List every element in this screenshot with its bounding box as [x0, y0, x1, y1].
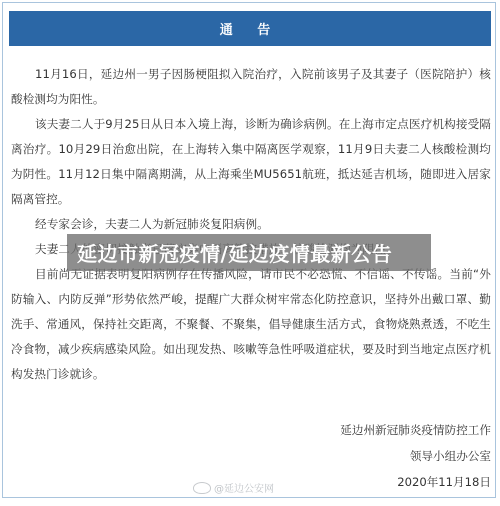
notice-body: 11月16日，延边州一男子因肠梗阻拟入院治疗，入院前该男子及其妻子（医院陪护）核… [11, 62, 491, 387]
watermark-text: @延边公安网 [214, 480, 274, 495]
notice-header: 通 告 [9, 11, 491, 46]
notice-title: 通 告 [220, 19, 281, 38]
signature-org-line2: 领导小组办公室 [410, 448, 491, 464]
paragraph-1: 11月16日，延边州一男子因肠梗阻拟入院治疗，入院前该男子及其妻子（医院陪护）核… [11, 62, 491, 112]
article-title-overlay: 延边市新冠疫情/延边疫情最新公告 [67, 234, 431, 271]
article-title: 延边市新冠疫情/延边疫情最新公告 [77, 238, 392, 267]
notice-date: 2020年11月18日 [397, 474, 491, 490]
paragraph-5: 目前尚无证据表明复阳病例存在传播风险，请市民不必恐慌、不信谣、不传谣。当前“外防… [11, 262, 491, 387]
signature-org-line1: 延边州新冠肺炎疫情防控工作 [340, 422, 491, 438]
weibo-icon [193, 482, 211, 494]
paragraph-2: 该夫妻二人于9月25日从日本入境上海，诊断为确诊病例。在上海市定点医疗机构接受隔… [11, 112, 491, 212]
weibo-watermark: @延边公安网 [193, 480, 274, 495]
